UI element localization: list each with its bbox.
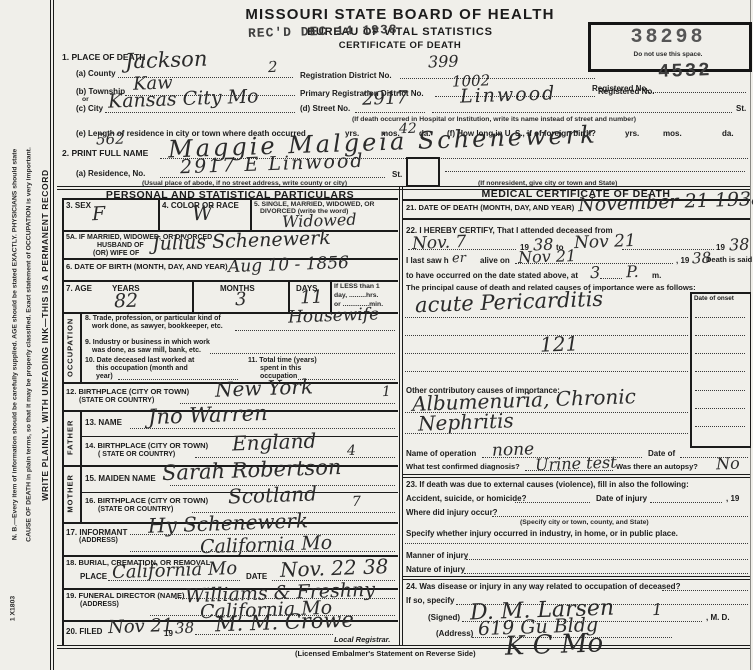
side-label-line bbox=[80, 312, 82, 382]
registered-no-label-2: Registered No. bbox=[598, 87, 654, 96]
address-label: (Address) bbox=[436, 629, 473, 638]
leader bbox=[515, 502, 590, 503]
item9-label-1: 9. Industry or business in which work bbox=[85, 339, 210, 347]
item8-label-1: 8. Trade, profession, or particular kind… bbox=[85, 315, 221, 323]
date-of-onset-label: Date of onset bbox=[694, 295, 734, 302]
township-or-label: or bbox=[82, 96, 89, 103]
q23-specify-industry-label: Specify whether injury occurred in indus… bbox=[406, 529, 678, 538]
last-saw-19-label: , 19 bbox=[676, 256, 689, 265]
q23-nature-label: Nature of injury bbox=[406, 565, 465, 574]
rule bbox=[402, 576, 750, 580]
mos-label-2: mos. bbox=[663, 129, 682, 138]
residence-st-label: St. bbox=[392, 170, 402, 179]
cell-line bbox=[250, 198, 252, 230]
leader bbox=[492, 516, 748, 517]
father-side-label: FATHER bbox=[67, 412, 76, 462]
sex-value: F bbox=[92, 203, 106, 225]
item8-label-2: work done, as sawyer, bookkeeper, etc. bbox=[92, 323, 223, 331]
leader bbox=[650, 502, 722, 503]
county-label: (a) County bbox=[76, 69, 116, 78]
registered-no-line bbox=[648, 92, 746, 93]
do-not-use-label: Do not use this space. bbox=[598, 51, 738, 58]
street-number-value: 2917 bbox=[362, 87, 409, 110]
q23-manner-label: Manner of injury bbox=[406, 551, 468, 560]
q23-date-injury-label: Date of injury bbox=[596, 494, 647, 503]
leader bbox=[662, 590, 748, 591]
yrs-label-2: yrs. bbox=[625, 129, 639, 138]
date-of-death-label: 21. DATE OF DEATH (MONTH, DAY, AND YEAR) bbox=[406, 204, 574, 213]
registration-district-line bbox=[400, 78, 595, 79]
street-st-label: St. bbox=[736, 104, 746, 113]
form-number: 1 X1803 bbox=[10, 574, 17, 644]
side-label-line bbox=[80, 410, 82, 465]
leader bbox=[695, 408, 745, 409]
leader bbox=[525, 470, 613, 471]
signed-label: (Signed) bbox=[428, 613, 460, 622]
leader bbox=[408, 249, 516, 250]
burial-place-label: PLACE bbox=[80, 572, 107, 581]
birthplace-label: 12. BIRTHPLACE (CITY OR TOWN) bbox=[66, 388, 189, 397]
funeral-director-label-2: (ADDRESS) bbox=[80, 601, 119, 609]
street-no-line bbox=[355, 112, 425, 113]
street-name-value: Linwood bbox=[460, 82, 557, 107]
leader bbox=[695, 353, 745, 354]
leader bbox=[695, 390, 745, 391]
leader bbox=[405, 433, 688, 434]
mother-birthplace-label: 16. BIRTHPLACE (CITY OR TOWN) bbox=[85, 497, 208, 506]
contributory-value-2: Nephritis bbox=[418, 408, 514, 435]
leader bbox=[210, 353, 395, 354]
kc-mo-signature: K C Mo bbox=[505, 628, 604, 661]
to-19-label: 19 bbox=[716, 243, 725, 252]
leader bbox=[405, 543, 748, 544]
last-saw-label-2: alive on bbox=[480, 256, 510, 265]
birthplace-mark: 1 bbox=[382, 384, 391, 400]
leader bbox=[695, 335, 745, 336]
age-label: 7. AGE bbox=[66, 284, 92, 293]
q23-where-label: Where did injury occur? bbox=[406, 508, 498, 517]
item10-label-3: year) bbox=[96, 373, 113, 381]
mother-side-label: MOTHER bbox=[67, 466, 76, 520]
color-race-value: W bbox=[192, 201, 213, 226]
item11-label-1: 11. Total time (years) bbox=[248, 357, 317, 365]
filed-year-value: 38 bbox=[175, 619, 195, 638]
rule bbox=[402, 218, 750, 220]
dob-label: 6. DATE OF BIRTH (MONTH, DAY, AND YEAR) bbox=[66, 263, 228, 272]
rule bbox=[402, 474, 750, 478]
husband-label-2: HUSBAND OF bbox=[97, 242, 144, 250]
leader bbox=[130, 428, 395, 429]
autopsy-value: No bbox=[716, 454, 740, 474]
item10-label-2: this occupation (month and bbox=[96, 365, 188, 373]
mother-birthplace-value: Scotland bbox=[228, 481, 318, 508]
residence-line bbox=[160, 177, 385, 178]
q23-accident-label: Accident, suicide, or homicide? bbox=[406, 494, 526, 503]
date-of-onset-box bbox=[690, 292, 751, 448]
registered-number-stamp: 4532 bbox=[658, 59, 712, 83]
birthplace-value: New York bbox=[215, 374, 314, 401]
leader bbox=[108, 580, 240, 581]
father-birthplace-label-2: ( STATE OR COUNTRY) bbox=[98, 451, 175, 459]
date-of-operation-label: Date of bbox=[648, 449, 675, 458]
sex-label: 3. SEX bbox=[66, 201, 91, 210]
item8-value: Housewife bbox=[288, 304, 380, 327]
last-saw-er-value: er bbox=[452, 251, 466, 266]
operation-label: Name of operation bbox=[406, 449, 476, 458]
case-number-mark: 562 bbox=[96, 130, 125, 149]
father-name-value: Jno Warren bbox=[148, 401, 268, 429]
pm-value: P. bbox=[626, 262, 639, 281]
q24-if-so-label: If so, specify bbox=[406, 596, 454, 605]
md-label: , M. D. bbox=[706, 613, 730, 622]
local-registrar-label: Local Registrar. bbox=[334, 636, 390, 645]
age-less-label-2: day, .........hrs. bbox=[334, 292, 378, 299]
item11-label-2: spent in this bbox=[260, 365, 301, 373]
funeral-director-label: 19. FUNERAL DIRECTOR (NAME) bbox=[66, 592, 184, 601]
death-is-said-label: Death is said bbox=[706, 256, 752, 265]
cause-of-death-value: acute Pericarditis bbox=[415, 287, 604, 318]
leader bbox=[695, 371, 745, 372]
form-left-border bbox=[50, 0, 54, 670]
margin-note-line1: N. B.—Every item of information should b… bbox=[12, 30, 19, 660]
embalmer-note: (Licensed Embalmer's Statement on Revers… bbox=[295, 650, 476, 659]
filed-19-label: 19 bbox=[164, 629, 173, 638]
county-value: Jackson bbox=[125, 47, 208, 74]
test-label: What test confirmed diagnosis? bbox=[406, 463, 520, 472]
leader bbox=[464, 573, 748, 574]
leader bbox=[695, 317, 745, 318]
street-label: (d) Street No. bbox=[300, 104, 350, 113]
cell-line bbox=[158, 198, 160, 230]
item10-label-1: 10. Date deceased last worked at bbox=[85, 357, 194, 365]
registration-district-value: 399 bbox=[428, 51, 459, 71]
leader bbox=[405, 371, 688, 372]
margin-note-line2: CAUSE OF DEATH in plain terms, so that i… bbox=[26, 30, 33, 660]
leader bbox=[130, 551, 395, 552]
leader bbox=[405, 317, 688, 318]
county-stray-mark: 2 bbox=[268, 58, 278, 76]
certificate-subtitle: CERTIFICATE OF DEATH bbox=[300, 40, 500, 51]
age-less-label-1: If LESS than 1 bbox=[334, 283, 380, 290]
informant-label: 17. INFORMANT bbox=[66, 528, 127, 537]
mother-name-label: 15. MAIDEN NAME bbox=[85, 474, 156, 483]
registration-district-label: Registration District No. bbox=[300, 71, 392, 80]
leader bbox=[195, 634, 333, 635]
leader bbox=[466, 559, 748, 560]
nonresident-line bbox=[445, 171, 745, 172]
age-months-value: 3 bbox=[235, 289, 247, 310]
rule bbox=[62, 280, 398, 282]
leader bbox=[695, 426, 745, 427]
age-years-value: 82 bbox=[114, 290, 139, 313]
registrar-signature: M. M. Crowe bbox=[215, 608, 355, 637]
street-name-line bbox=[432, 112, 732, 113]
informant-label-2: (ADDRESS) bbox=[79, 537, 118, 545]
item9-label-2: was done, as saw mill, bank, etc. bbox=[92, 347, 201, 355]
q24-label: 24. Was disease or injury in any way rel… bbox=[406, 582, 680, 591]
mother-birthplace-mark: 7 bbox=[352, 494, 361, 510]
left-col-border bbox=[62, 198, 64, 645]
leader bbox=[235, 330, 395, 331]
husband-label-3: (OR) WIFE OF bbox=[93, 250, 139, 258]
signed-stray-mark: 1 bbox=[652, 600, 663, 619]
burial-date-value: Nov. 22 38 bbox=[280, 554, 389, 582]
occurred-label: to have occurred on the date stated abov… bbox=[406, 271, 578, 280]
city-label: (c) City bbox=[76, 104, 103, 113]
marital-label-1: 5. SINGLE, MARRIED, WIDOWED, OR bbox=[254, 201, 374, 208]
residence-label: (a) Residence, No. bbox=[76, 169, 145, 178]
da-label-2: da. bbox=[722, 129, 734, 138]
age-days-value: 11 bbox=[300, 287, 324, 309]
cell-line bbox=[192, 280, 194, 312]
file-number-stamp: 38298 bbox=[598, 26, 738, 49]
death-certificate-scan: N. B.—Every item of information should b… bbox=[0, 0, 753, 670]
occupation-side-label: OCCUPATION bbox=[67, 312, 76, 382]
city-value: Kansas City Mo bbox=[108, 85, 259, 112]
board-title: MISSOURI STATE BOARD OF HEALTH bbox=[235, 6, 565, 23]
received-stamp: REC'D DEC 14 1938 bbox=[248, 22, 398, 41]
father-birthplace-label: 14. BIRTHPLACE (CITY OR TOWN) bbox=[85, 442, 208, 451]
autopsy-label: Was there an autopsy? bbox=[616, 463, 698, 472]
last-saw-label-1: I last saw h bbox=[406, 256, 449, 265]
margin-warning: WRITE PLAINLY, WITH UNFADING INK—THIS IS… bbox=[40, 15, 50, 655]
m-label: m. bbox=[652, 271, 661, 280]
nonresident-box bbox=[406, 157, 440, 187]
test-value: Urine test bbox=[535, 453, 617, 475]
city-line bbox=[105, 112, 295, 113]
q23-label: 23. If death was due to external causes … bbox=[406, 480, 689, 489]
hour-value: 3 bbox=[590, 263, 601, 282]
father-name-label: 13. NAME bbox=[85, 418, 122, 427]
q23-19-label: , 19 bbox=[726, 494, 739, 503]
q23-specify-city-note: (Specify city or town, county, and State… bbox=[520, 519, 649, 526]
leader bbox=[600, 278, 622, 279]
filed-label: 20. FILED bbox=[66, 627, 102, 636]
dob-value: Aug 10 - 1856 bbox=[228, 253, 350, 277]
father-birthplace-value: England bbox=[232, 429, 317, 456]
cause-code-value: 121 bbox=[540, 331, 579, 356]
to-year-value: 38 bbox=[729, 235, 750, 255]
birthplace-label-2: (STATE OR COUNTRY) bbox=[79, 397, 154, 405]
burial-date-label: DATE bbox=[246, 572, 267, 581]
print-full-name-label: 2. PRINT FULL NAME bbox=[62, 148, 148, 158]
side-label-line bbox=[80, 465, 82, 522]
rule bbox=[62, 198, 398, 200]
